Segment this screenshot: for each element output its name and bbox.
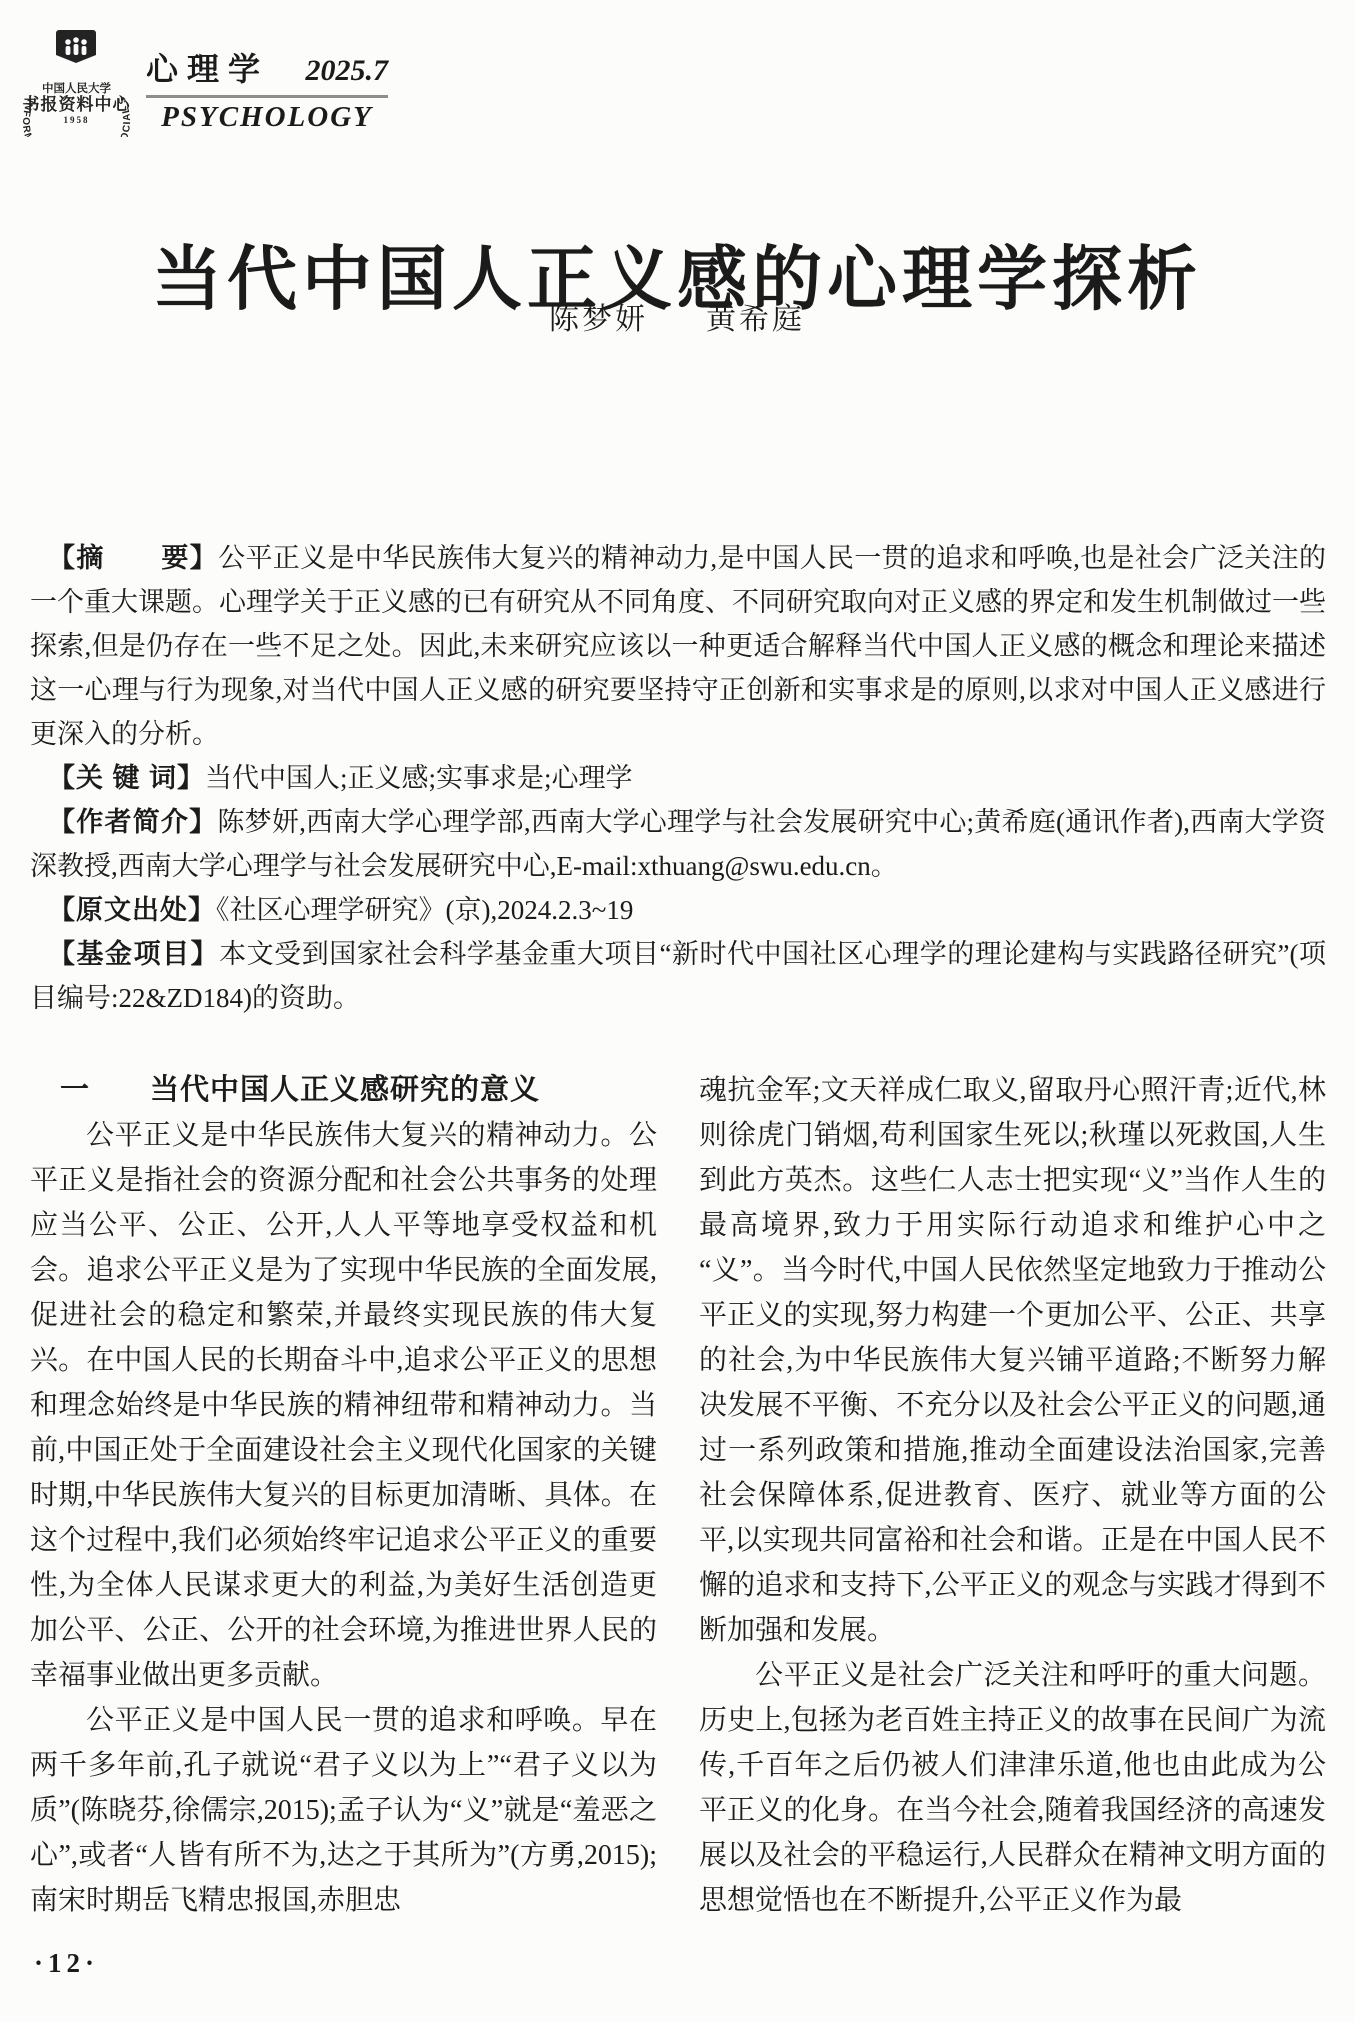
source-entry: 【原文出处】《社区心理学研究》(京),2024.2.3~19	[30, 888, 1326, 932]
book-icon	[56, 30, 96, 63]
author-line: 陈梦妍 黄希庭	[0, 294, 1354, 338]
section-heading: 一 当代中国人正义感研究的意义	[30, 1068, 657, 1113]
seal-center-name: 书报资料中心	[23, 94, 131, 114]
keywords-text: 当代中国人;正义感;实事求是;心理学	[205, 763, 633, 793]
abstract-text: 公平正义是中华民族伟大复兴的精神动力,是中国人民一贯的追求和呼唤,也是社会广泛关…	[30, 543, 1326, 749]
body-columns: 一 当代中国人正义感研究的意义 公平正义是中华民族伟大复兴的精神动力。公平正义是…	[30, 1068, 1326, 1923]
body-paragraph: 公平正义是中国人民一贯的追求和呼唤。早在两千多年前,孔子就说“君子义以为上”“君…	[30, 1698, 657, 1923]
left-column: 一 当代中国人正义感研究的意义 公平正义是中华民族伟大复兴的精神动力。公平正义是…	[30, 1068, 657, 1923]
source-label: 【原文出处】	[48, 895, 216, 925]
body-paragraph: 魂抗金军;文天祥成仁取义,留取丹心照汗青;近代,林则徐虎门销烟,苟利国家生死以;…	[699, 1068, 1326, 1653]
funding-entry: 【基金项目】本文受到国家社会科学基金重大项目“新时代中国社区心理学的理论建构与实…	[30, 932, 1326, 1020]
abstract-entry: 【摘 要】公平正义是中华民族伟大复兴的精神动力,是中国人民一贯的追求和呼唤,也是…	[30, 536, 1326, 756]
author-bio-label: 【作者简介】	[48, 807, 217, 837]
journal-masthead: 心理学 2025.7 PSYCHOLOGY	[146, 44, 388, 134]
author-bio-entry: 【作者简介】陈梦妍,西南大学心理学部,西南大学心理学与社会发展研究中心;黄希庭(…	[30, 800, 1326, 888]
front-matter: 【摘 要】公平正义是中华民族伟大复兴的精神动力,是中国人民一贯的追求和呼唤,也是…	[30, 536, 1326, 1020]
body-paragraph: 公平正义是社会广泛关注和呼吁的重大问题。历史上,包拯为老百姓主持正义的故事在民间…	[699, 1653, 1326, 1923]
author-bio-text: 陈梦妍,西南大学心理学部,西南大学心理学与社会发展研究中心;黄希庭(通讯作者),…	[30, 807, 1326, 881]
page-number: ·12·	[34, 1948, 99, 1979]
journal-issue: 2025.7	[306, 54, 389, 88]
journal-page: INFORMATION CENTER FOR SOCIAL SCIENCES, …	[0, 0, 1354, 2022]
source-text: 《社区心理学研究》(京),2024.2.3~19	[216, 895, 633, 925]
author-name: 黄希庭	[706, 294, 805, 338]
right-column: 魂抗金军;文天祥成仁取义,留取丹心照汗青;近代,林则徐虎门销烟,苟利国家生死以;…	[699, 1068, 1326, 1923]
keywords-label: 【关 键 词】	[48, 763, 205, 793]
journal-seal-icon: INFORMATION CENTER FOR SOCIAL SCIENCES, …	[13, 10, 140, 137]
author-name: 陈梦妍	[549, 294, 648, 338]
abstract-label: 【摘 要】	[48, 543, 218, 573]
keywords-entry: 【关 键 词】当代中国人;正义感;实事求是;心理学	[30, 756, 1326, 800]
seal-founding-year: 1958	[64, 115, 90, 125]
funding-label: 【基金项目】	[48, 939, 219, 969]
masthead-rule	[146, 95, 388, 98]
journal-title-cn: 心理学	[146, 44, 269, 90]
funding-text: 本文受到国家社会科学基金重大项目“新时代中国社区心理学的理论建构与实践路径研究”…	[30, 939, 1326, 1013]
seal-university-name: 中国人民大学	[42, 81, 111, 95]
body-paragraph: 公平正义是中华民族伟大复兴的精神动力。公平正义是指社会的资源分配和社会公共事务的…	[30, 1113, 657, 1698]
journal-title-en: PSYCHOLOGY	[146, 101, 388, 134]
